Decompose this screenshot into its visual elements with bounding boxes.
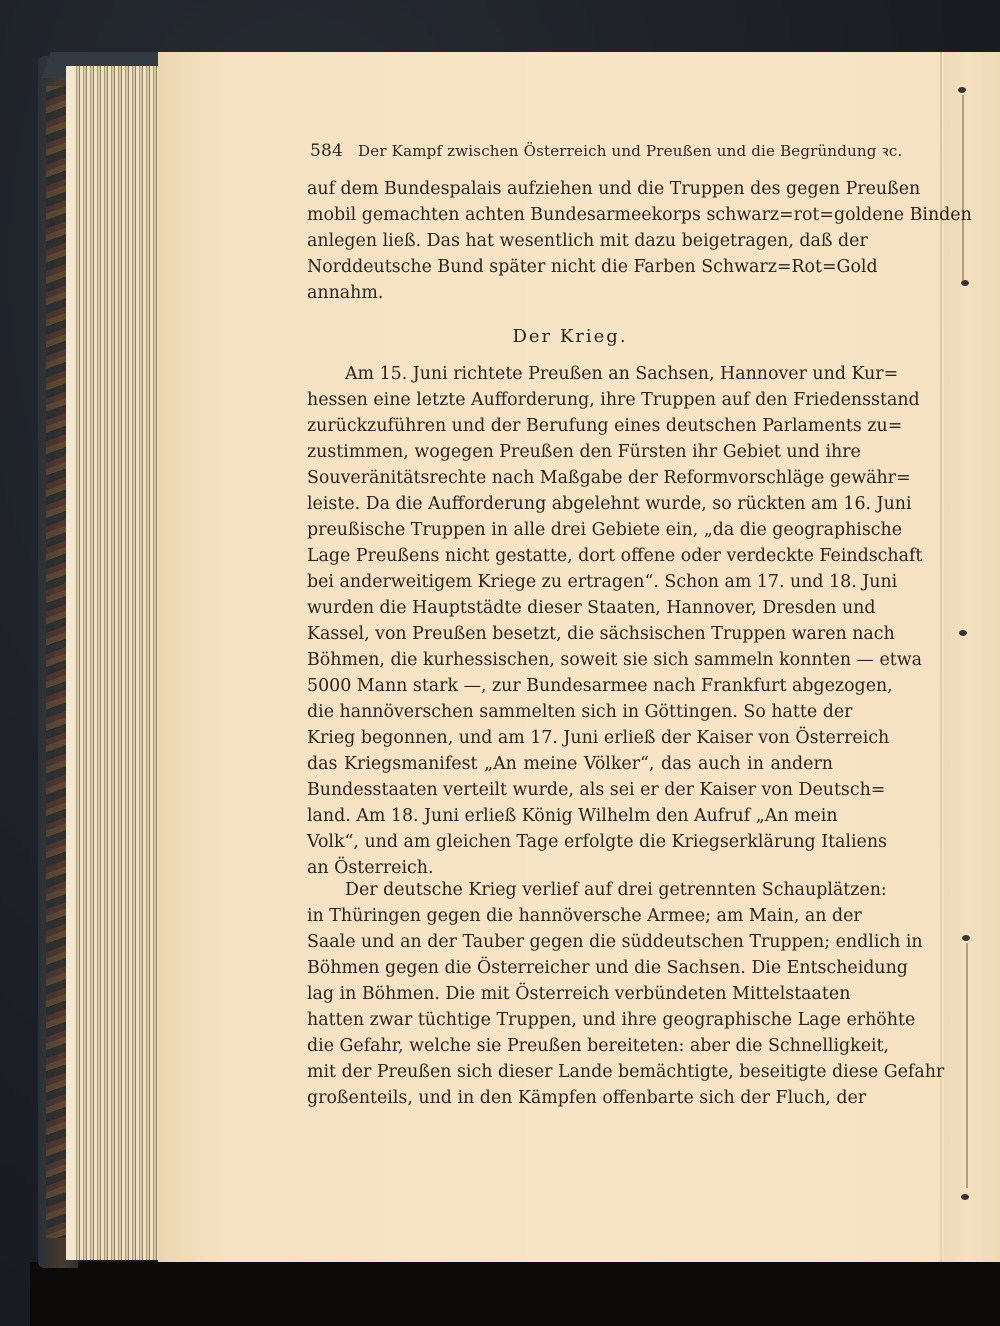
text-line: das Kriegsmanifest „An meine Völker“, da… (307, 751, 833, 777)
running-header: 584 Der Kampf zwischen Österreich und Pr… (310, 141, 830, 161)
text-line: wurden die Hauptstädte dieser Staaten, H… (307, 595, 833, 621)
text-line: in Thüringen gegen die hannöversche Arme… (307, 903, 833, 929)
binding-stitch-icon (959, 630, 967, 636)
text-line: hessen eine letzte Aufforderung, ihre Tr… (307, 387, 833, 413)
text-line: mobil gemachten achten Bundesarmeekorps … (307, 202, 833, 228)
paragraph-2: Am 15. Juni richtete Preußen an Sachsen,… (307, 361, 833, 881)
page-number: 584 (310, 141, 343, 161)
binding-stitch-icon (961, 280, 969, 286)
text-line: preußische Truppen in alle drei Gebiete … (307, 517, 833, 543)
binding-stitch-icon (958, 87, 966, 93)
text-line: land. Am 18. Juni erließ König Wilhelm d… (307, 803, 833, 829)
text-line: Bundesstaaten verteilt wurde, als sei er… (307, 777, 833, 803)
binding-stitch-icon (961, 1194, 969, 1200)
text-line: Böhmen gegen die Österreicher und die Sa… (307, 955, 833, 981)
text-line: Am 15. Juni richtete Preußen an Sachsen,… (307, 361, 833, 387)
text-line: anlegen ließ. Das hat wesentlich mit daz… (307, 228, 833, 254)
text-line: leiste. Da die Aufforderung abgelehnt wu… (307, 491, 833, 517)
running-head-title: Der Kampf zwischen Österreich und Preuße… (358, 142, 902, 160)
text-line: Saale und an der Tauber gegen die süddeu… (307, 929, 833, 955)
text-line: 5000 Mann stark —, zur Bundesarmee nach … (307, 673, 833, 699)
text-line: großenteils, und in den Kämpfen offenbar… (307, 1085, 833, 1111)
text-line: mit der Preußen sich dieser Lande bemäch… (307, 1059, 833, 1085)
text-line: auf dem Bundespalais aufziehen und die T… (307, 176, 833, 202)
binding-thread (966, 943, 968, 1188)
text-line: Volk“, und am gleichen Tage erfolgte die… (307, 829, 833, 855)
section-heading: Der Krieg. (307, 326, 833, 347)
text-line: Norddeutsche Bund später nicht die Farbe… (307, 254, 833, 280)
text-line: annahm. (307, 280, 833, 306)
text-line: Lage Preußens nicht gestatte, dort offen… (307, 543, 833, 569)
text-line: zurückzuführen und der Berufung eines de… (307, 413, 833, 439)
text-line: Kassel, von Preußen besetzt, die sächsis… (307, 621, 833, 647)
text-line: die hannöverschen sammelten sich in Gött… (307, 699, 833, 725)
text-line: zustimmen, wogegen Preußen den Fürsten i… (307, 439, 833, 465)
gutter-shadow (944, 52, 1000, 1262)
text-line: Souveränitätsrechte nach Maßgabe der Ref… (307, 465, 833, 491)
text-line: bei anderweitigem Kriege zu ertragen“. S… (307, 569, 833, 595)
text-line: hatten zwar tüchtige Truppen, und ihre g… (307, 1007, 833, 1033)
text-line: die Gefahr, welche sie Preußen bereitete… (307, 1033, 833, 1059)
shadow-below-book (30, 1262, 1000, 1326)
paragraph-3: Der deutsche Krieg verlief auf drei getr… (307, 877, 833, 1111)
text-line: Krieg begonnen, und am 17. Juni erließ d… (307, 725, 833, 751)
text-line: Der deutsche Krieg verlief auf drei getr… (307, 877, 833, 903)
stacked-page-edges (66, 66, 162, 1260)
text-line: Böhmen, die kurhessischen, soweit sie si… (307, 647, 833, 673)
text-line: lag in Böhmen. Die mit Österreich verbün… (307, 981, 833, 1007)
paragraph-1: auf dem Bundespalais aufziehen und die T… (307, 176, 833, 306)
binding-stitch-icon (962, 935, 970, 941)
binding-thread (962, 95, 964, 280)
